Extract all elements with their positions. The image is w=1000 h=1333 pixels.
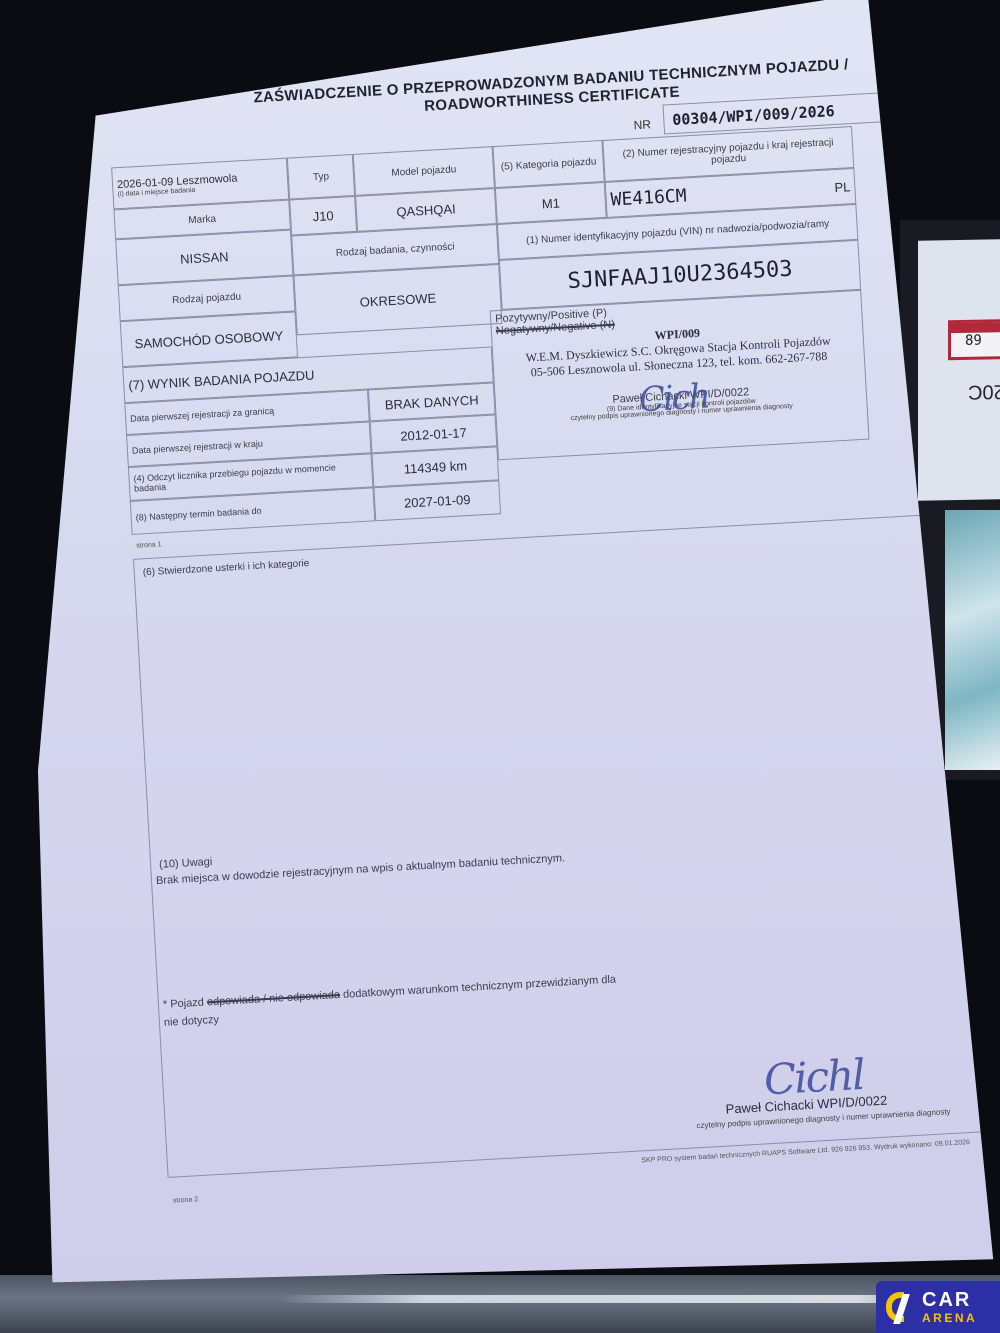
typ-value-cell: J10 bbox=[289, 196, 357, 236]
additional-conditions-line: * Pojazd odpowiada / nie odpowiada dodat… bbox=[163, 974, 617, 1011]
remarks-label: (10) Uwagi bbox=[159, 856, 213, 871]
car-arena-logo: CAR ARENA bbox=[876, 1281, 1000, 1333]
car-arena-logo-icon bbox=[886, 1292, 912, 1322]
signature-top: Cich bbox=[638, 376, 710, 420]
background-card: 89 20C bbox=[918, 239, 1000, 500]
certificate-sheet: ZAŚWIADCZENIE O PRZEPROWADZONYM BADANIU … bbox=[98, 0, 1000, 1218]
background-price-tag: 89 bbox=[948, 319, 1000, 360]
next-inspection-value: 2027-01-09 bbox=[373, 480, 501, 521]
nr-label: NR bbox=[633, 117, 651, 132]
result-stamp-cell: Pozytywny/Positive (P) Negatywny/Negativ… bbox=[490, 290, 870, 461]
additional-conditions-struck: odpowiada / nie odpowiada bbox=[207, 989, 341, 1008]
page-2-label: strona 2 bbox=[173, 1196, 199, 1204]
background-surface bbox=[0, 1275, 1000, 1333]
typ-label-cell: Typ bbox=[287, 154, 355, 200]
background-photo bbox=[945, 510, 1000, 770]
additional-conditions-value: nie dotyczy bbox=[164, 1014, 220, 1029]
remarks-text: Brak miejsca w dowodzie rejestracyjnym n… bbox=[156, 852, 566, 887]
certificate-paper: ZAŚWIADCZENIE O PRZEPROWADZONYM BADANIU … bbox=[38, 0, 998, 1285]
category-label-cell: (5) Kategoria pojazdu bbox=[493, 140, 605, 188]
page-1-label: strona 1 bbox=[136, 541, 162, 549]
category-value-cell: M1 bbox=[495, 182, 607, 224]
inspection-type-value-cell: OKRESOWE bbox=[293, 264, 502, 335]
defects-remarks-box: (6) Stwierdzone usterki i ich kategorie … bbox=[133, 510, 1000, 1178]
defects-label: (6) Stwierdzone usterki i ich kategorie bbox=[143, 558, 310, 578]
